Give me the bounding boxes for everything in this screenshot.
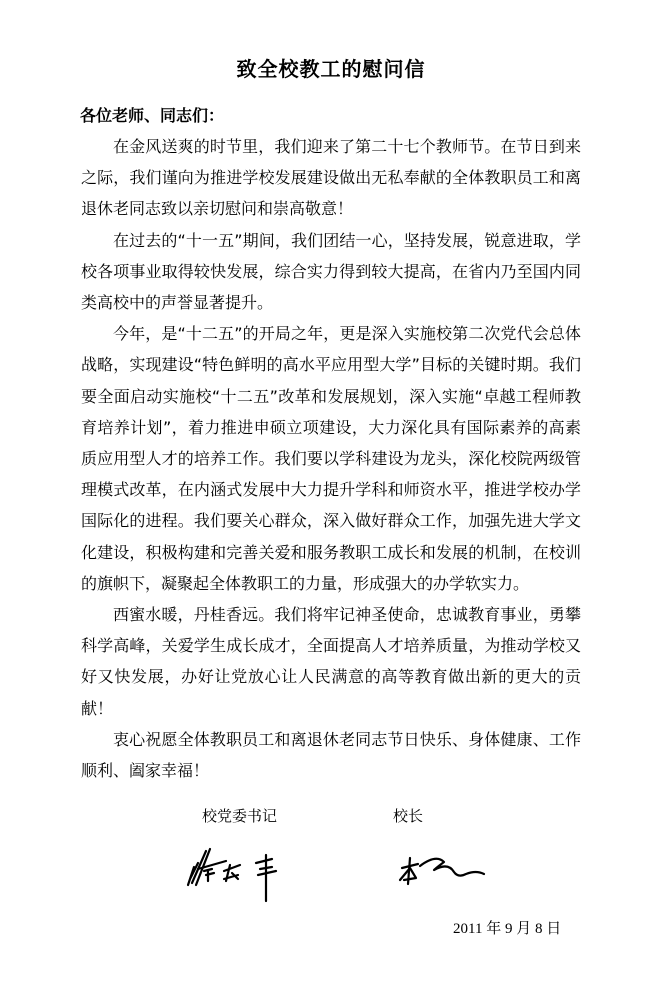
party-secretary-label: 校党委书记: [202, 805, 277, 827]
paragraph: 在过去的“十一五”期间，我们团结一心，坚持发展，锐意进取，学校各项事业取得较快发…: [81, 225, 581, 319]
letter-date: 2011 年 9 月 8 日: [453, 918, 561, 940]
document-title: 致全校教工的慰问信: [0, 55, 662, 83]
president-signature-icon: [396, 850, 496, 890]
letter-body: 在金风送爽的时节里，我们迎来了第二十七个教师节。在节日到来之际，我们谨向为推进学…: [81, 131, 581, 786]
secretary-signature-icon: [180, 845, 290, 905]
president-label: 校长: [393, 805, 423, 827]
paragraph: 在金风送爽的时节里，我们迎来了第二十七个教师节。在节日到来之际，我们谨向为推进学…: [81, 131, 581, 225]
paragraph: 衷心祝愿全体教职员工和离退休老同志节日快乐、身体健康、工作顺利、阖家幸福！: [81, 724, 581, 786]
paragraph: 西蜜水暖，丹桂香远。我们将牢记神圣使命，忠诚教育事业，勇攀科学高峰，关爱学生成长…: [81, 599, 581, 724]
salutation: 各位老师、同志们：: [80, 104, 224, 128]
paragraph: 今年，是“十二五”的开局之年，更是深入实施校第二次党代会总体战略，实现建设“特色…: [81, 318, 581, 599]
